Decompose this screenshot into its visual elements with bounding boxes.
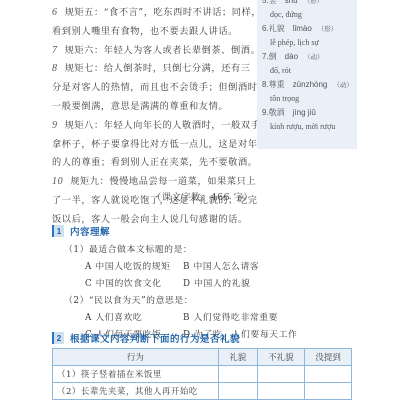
impolite-answer-cell[interactable] (257, 366, 305, 383)
paragraph-number: 8 (52, 63, 58, 74)
answer-option[interactable]: D 中国人的礼貌 (183, 276, 250, 289)
paragraph-line: 一般要倒满，意思是满满的尊重和友情。 (52, 98, 242, 117)
politeness-judgment-table: 行为 礼貌 不礼貌 没提到 （1）筷子竖着插在米饭里 （2）长辈先夹菜，其他人再… (52, 348, 352, 400)
paragraph-line: 拿杯子，杯子要拿得比对方低一点儿，这是对年长 (52, 136, 242, 155)
table-row: （1）筷子竖着插在米饭里 (53, 366, 352, 383)
paragraph-line: 分是对客人的热情，而且也不会烫手；但倒酒时， (52, 79, 242, 98)
exercise-1-header: 1 内容理解 (52, 224, 110, 238)
paragraph-line: 看到别人嘴里有食物，也不要去跟人讲话。 (52, 23, 242, 42)
paragraph-line: 的人的尊重；看到别人正在夹菜，先不要敬酒。 (52, 154, 242, 173)
impolite-answer-cell[interactable] (257, 383, 305, 400)
answer-option[interactable]: B 中国人怎么请客 (183, 259, 259, 272)
column-header-polite: 礼貌 (218, 349, 257, 366)
exercise-title: 内容理解 (70, 224, 110, 238)
paragraph-line: 9规矩八：年轻人向年长的人敬酒时，一般双手 (52, 117, 242, 136)
exercise-number-badge: 2 (52, 332, 64, 344)
vocab-item: 9.敬酒jìng jiǔ kính rượu, mời rượu (257, 106, 357, 134)
question-stem: （2）“民以食为天”的意思是： (64, 293, 193, 306)
paragraph-number: 6 (52, 7, 58, 18)
word-count: （课文字数：466 字） (152, 189, 253, 203)
paragraph-line: 7规矩六：年轻人为客人或者长辈倒茶、倒酒。 (52, 42, 242, 61)
paragraph-line: 6规矩五：“食不言”，吃东西时不讲话；同样， (52, 4, 242, 23)
column-header-not-mentioned: 没提到 (305, 349, 352, 366)
vocab-item: 7.倒dào（动） đổ, rót (257, 50, 357, 78)
exercise-title: 根据课文内容判断下面的行为是否礼貌 (70, 331, 240, 345)
polite-answer-cell[interactable] (218, 383, 257, 400)
polite-answer-cell[interactable] (218, 366, 257, 383)
paragraph-number: 7 (52, 45, 58, 56)
vocab-item: 6.礼貌lǐmào（形） lễ phép, lịch sự (257, 22, 357, 50)
vocab-item: 5.竖shù（形） dọc, đứng (257, 0, 357, 22)
vocab-item: 8.尊重zūnzhòng（动） tôn trọng (257, 78, 357, 106)
column-header-behavior: 行为 (53, 349, 219, 366)
vocabulary-sidebar: 5.竖shù（形） dọc, đứng 6.礼貌lǐmào（形） lễ phép… (257, 0, 357, 149)
paragraph-number: 10 (52, 176, 63, 187)
behavior-cell: （2）长辈先夹菜，其他人再开始吃 (53, 383, 219, 400)
exercise-number-badge: 1 (52, 225, 64, 237)
paragraph-line: 8规矩七：给人倒茶时，只倒七分满，还有三 (52, 60, 242, 79)
exercise-2-header: 2 根据课文内容判断下面的行为是否礼貌 (52, 331, 240, 345)
not-mentioned-answer-cell[interactable] (305, 383, 352, 400)
not-mentioned-answer-cell[interactable] (305, 366, 352, 383)
behavior-cell: （1）筷子竖着插在米饭里 (53, 366, 219, 383)
table-row: （2）长辈先夹菜，其他人再开始吃 (53, 383, 352, 400)
paragraph-number: 9 (52, 120, 58, 131)
column-header-impolite: 不礼貌 (257, 349, 305, 366)
answer-option[interactable]: A 人们喜欢吃 (85, 310, 142, 323)
question-stem: （1）最适合做本文标题的是： (64, 242, 192, 255)
table-header-row: 行为 礼貌 不礼貌 没提到 (53, 349, 352, 366)
answer-option[interactable]: C 中国的饮食文化 (85, 276, 162, 289)
answer-option[interactable]: B 人们觉得吃非常重要 (183, 310, 278, 323)
answer-option[interactable]: A 中国人吃饭的规矩 (85, 259, 171, 272)
